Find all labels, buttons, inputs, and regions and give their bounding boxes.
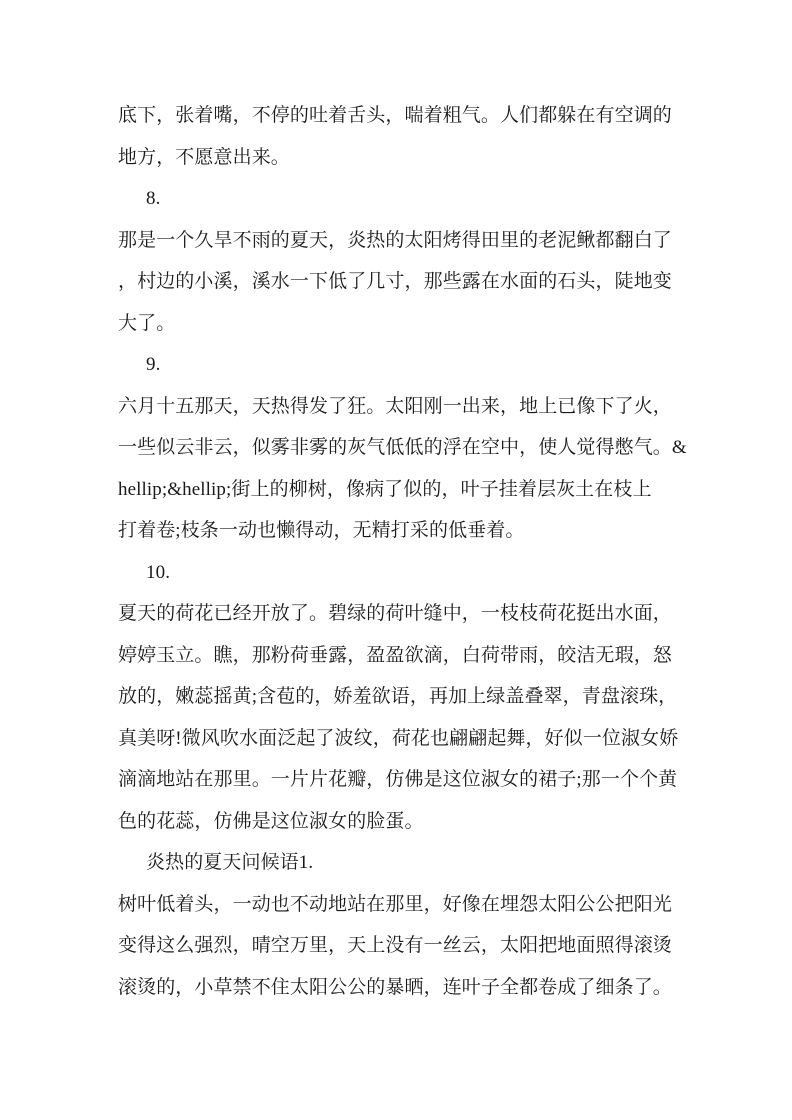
document-page: 底下，张着嘴，不停的吐着舌头，喘着粗气。人们都躲在有空调的地方，不愿意出来。8.… (0, 0, 792, 1120)
body-text-line: 大了。 (118, 303, 682, 345)
body-text-line: 夏天的荷花已经开放了。碧绿的荷叶缝中，一枝枝荷花挺出水面， (118, 593, 682, 635)
body-text-line: 婷婷玉立。瞧，那粉荷垂露，盈盈欲滴，白荷带雨，皎洁无瑕，怒 (118, 635, 682, 677)
section-label-line: 10. (118, 552, 682, 594)
body-text-line: 地方，不愿意出来。 (118, 137, 682, 179)
body-text-line: 滴滴地站在那里。一片片花瓣，仿佛是这位淑女的裙子;那一个个黄 (118, 759, 682, 801)
body-text-line: hellip;&hellip;街上的柳树，像病了似的，叶子挂着层灰土在枝上 (118, 469, 682, 511)
body-text-line: 一些似云非云，似雾非雾的灰气低低的浮在空中，使人觉得憋气。& (118, 427, 682, 469)
body-text-line: ，村边的小溪，溪水一下低了几寸，那些露在水面的石头，陡地变 (118, 261, 682, 303)
body-text-line: 底下，张着嘴，不停的吐着舌头，喘着粗气。人们都躲在有空调的 (118, 95, 682, 137)
section-label-line: 炎热的夏天问候语1. (118, 842, 682, 884)
body-text-line: 变得这么强烈，晴空万里，天上没有一丝云，太阳把地面照得滚烫 (118, 925, 682, 967)
body-text-line: 树叶低着头，一动也不动地站在那里，好像在埋怨太阳公公把阳光 (118, 884, 682, 926)
body-text-line: 六月十五那天，天热得发了狂。太阳刚一出来，地上已像下了火， (118, 386, 682, 428)
section-label-line: 8. (118, 178, 682, 220)
body-text-line: 那是一个久旱不雨的夏天，炎热的太阳烤得田里的老泥鳅都翻白了 (118, 220, 682, 262)
section-label-line: 9. (118, 344, 682, 386)
body-text-line: 真美呀!微风吹水面泛起了波纹，荷花也翩翩起舞，好似一位淑女娇 (118, 718, 682, 760)
body-text-line: 打着卷;枝条一动也懒得动，无精打采的低垂着。 (118, 510, 682, 552)
body-text-line: 色的花蕊，仿佛是这位淑女的脸蛋。 (118, 801, 682, 843)
body-text-line: 放的，嫩蕊摇黄;含苞的，娇羞欲语，再加上绿盖叠翠，青盘滚珠， (118, 676, 682, 718)
body-text-line: 滚烫的，小草禁不住太阳公公的暴晒，连叶子全都卷成了细条了。 (118, 967, 682, 1009)
